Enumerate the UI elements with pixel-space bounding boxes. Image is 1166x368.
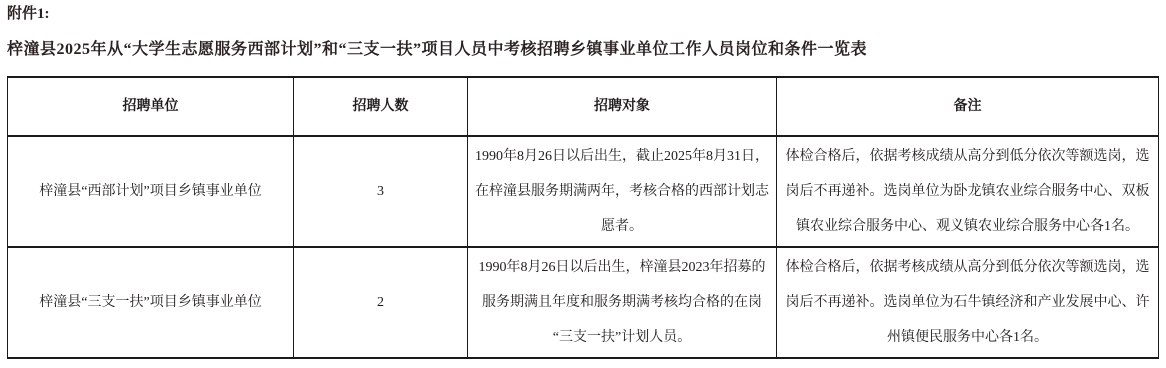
column-header-note: 备注 xyxy=(777,77,1159,136)
cell-count: 2 xyxy=(294,247,468,358)
cell-target: 1990年8月26日以后出生，截止2025年8月31日，在梓潼县服务期满两年，考… xyxy=(468,136,777,247)
page-title: 梓潼县2025年从“大学生志愿服务西部计划”和“三支一扶”项目人员中考核招聘乡镇… xyxy=(7,40,1158,60)
column-header-unit: 招聘单位 xyxy=(8,77,294,136)
table-header-row: 招聘单位 招聘人数 招聘对象 备注 xyxy=(8,77,1159,136)
column-header-target: 招聘对象 xyxy=(468,77,777,136)
cell-note: 体检合格后，依据考核成绩从高分到低分依次等额选岗，选岗后不再递补。选岗单位为卧龙… xyxy=(777,136,1159,247)
cell-unit: 梓潼县“三支一扶”项目乡镇事业单位 xyxy=(8,247,294,358)
document-page: 附件1: 梓潼县2025年从“大学生志愿服务西部计划”和“三支一扶”项目人员中考… xyxy=(0,0,1166,368)
cell-note: 体检合格后，依据考核成绩从高分到低分依次等额选岗，选岗后不再递补。选岗单位为石牛… xyxy=(777,247,1159,358)
cell-count: 3 xyxy=(294,136,468,247)
recruitment-table: 招聘单位 招聘人数 招聘对象 备注 梓潼县“西部计划”项目乡镇事业单位 3 19… xyxy=(7,76,1159,359)
table-row-three-supports: 梓潼县“三支一扶”项目乡镇事业单位 2 1990年8月26日以后出生，梓潼县20… xyxy=(8,247,1159,358)
cell-unit: 梓潼县“西部计划”项目乡镇事业单位 xyxy=(8,136,294,247)
table-row-western-plan: 梓潼县“西部计划”项目乡镇事业单位 3 1990年8月26日以后出生，截止202… xyxy=(8,136,1159,247)
cell-target: 1990年8月26日以后出生，梓潼县2023年招募的服务期满且年度和服务期满考核… xyxy=(468,247,777,358)
attachment-label: 附件1: xyxy=(7,5,1158,23)
column-header-count: 招聘人数 xyxy=(294,77,468,136)
